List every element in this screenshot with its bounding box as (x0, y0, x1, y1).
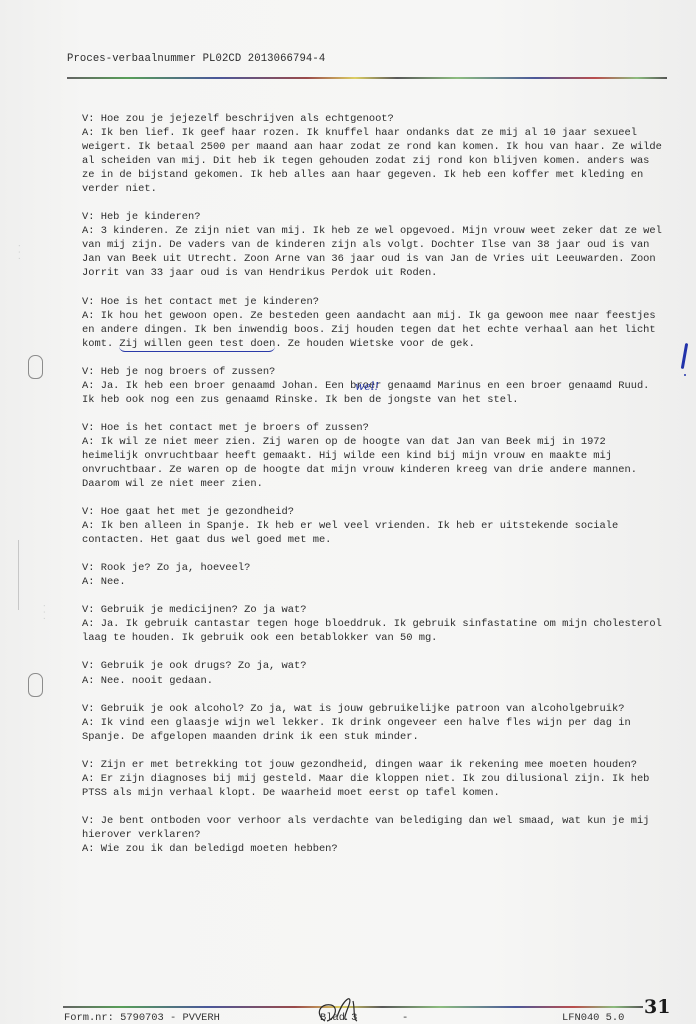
answer-text: . Ze houden Wietske voor de gek. (275, 338, 475, 350)
answer: A: Ik vind een glaasje wijn wel lekker. … (82, 716, 662, 744)
proces-verbaal-number: Proces-verbaalnummer PL02CD 2013066794-4 (67, 53, 325, 65)
pencil-margin-line (18, 540, 19, 610)
answer: A: Ik ben alleen in Spanje. Ik heb er we… (82, 519, 662, 547)
question: V: Hoe is het contact met je kinderen? (82, 295, 662, 309)
answer: A: Ik wil ze niet meer zien. Zij waren o… (82, 435, 662, 491)
answer: A: Ja. Ik gebruik cantastar tegen hoge b… (82, 617, 662, 645)
qa-entry: V: Zijn er met betrekking tot jouw gezon… (82, 758, 662, 800)
question: V: Hoe zou je jejezelf beschrijven als e… (82, 112, 662, 126)
footer-dash: - (402, 1012, 408, 1024)
question: V: Gebruik je ook alcohol? Zo ja, wat is… (82, 702, 662, 716)
question: V: Heb je kinderen? (82, 210, 662, 224)
scanned-page: Proces-verbaalnummer PL02CD 2013066794-4… (0, 0, 696, 1024)
qa-entry: V: Je bent ontboden voor verhoor als ver… (82, 814, 662, 856)
qa-entry: V: Hoe is het contact met je broers of z… (82, 421, 662, 491)
answer: A: Ik ben lief. Ik geef haar rozen. Ik k… (82, 126, 662, 196)
handwritten-note: wel! (355, 380, 379, 393)
question: V: Rook je? Zo ja, hoeveel? (82, 561, 662, 575)
punch-hole-icon (28, 673, 43, 697)
qa-entry: V: Hoe gaat het met je gezondheid? A: Ik… (82, 505, 662, 547)
page-number: 31 (644, 996, 670, 1018)
question: V: Heb je nog broers of zussen? (82, 365, 662, 379)
question: V: Hoe gaat het met je gezondheid? (82, 505, 662, 519)
header-divider (67, 77, 667, 79)
question: V: Je bent ontboden voor verhoor als ver… (82, 814, 662, 842)
answer: A: 3 kinderen. Ze zijn niet van mij. Ik … (82, 224, 662, 280)
question: V: Hoe is het contact met je broers of z… (82, 421, 662, 435)
answer: A: Nee. nooit gedaan. (82, 674, 662, 688)
qa-entry: V: Rook je? Zo ja, hoeveel? A: Nee. (82, 561, 662, 589)
qa-entry: V: Gebruik je ook drugs? Zo ja, wat? A: … (82, 659, 662, 687)
margin-exclamation-icon (681, 343, 688, 369)
question: V: Gebruik je medicijnen? Zo ja wat? (82, 603, 662, 617)
answer: A: Wie zou ik dan beledigd moeten hebben… (82, 842, 662, 856)
interrogation-transcript: V: Hoe zou je jejezelf beschrijven als e… (82, 112, 662, 870)
qa-entry: V: Hoe zou je jejezelf beschrijven als e… (82, 112, 662, 196)
answer: A: Nee. (82, 575, 662, 589)
qa-entry: V: Hoe is het contact met je kinderen? A… (82, 295, 662, 351)
form-version: LFN040 5.0 (562, 1012, 624, 1024)
answer: A: Ik hou het gewoon open. Ze besteden g… (82, 309, 662, 351)
margin-exclamation-dot-icon (684, 374, 686, 376)
page-label: Blad 3 (320, 1012, 357, 1024)
qa-entry: V: Heb je kinderen? A: 3 kinderen. Ze zi… (82, 210, 662, 280)
question: V: Zijn er met betrekking tot jouw gezon… (82, 758, 662, 772)
handwritten-underline: Zij willen geen test doen (119, 338, 275, 352)
qa-entry: V: Gebruik je medicijnen? Zo ja wat? A: … (82, 603, 662, 645)
punch-hole-icon (28, 355, 43, 379)
qa-entry: V: Gebruik je ook alcohol? Zo ja, wat is… (82, 702, 662, 744)
form-number: Form.nr: 5790703 - PVVERH (64, 1012, 220, 1024)
bleed-through-text: · · · (15, 244, 26, 260)
bleed-through-text: · · · (40, 604, 51, 620)
answer: A: Er zijn diagnoses bij mij gesteld. Ma… (82, 772, 662, 800)
question: V: Gebruik je ook drugs? Zo ja, wat? (82, 659, 662, 673)
